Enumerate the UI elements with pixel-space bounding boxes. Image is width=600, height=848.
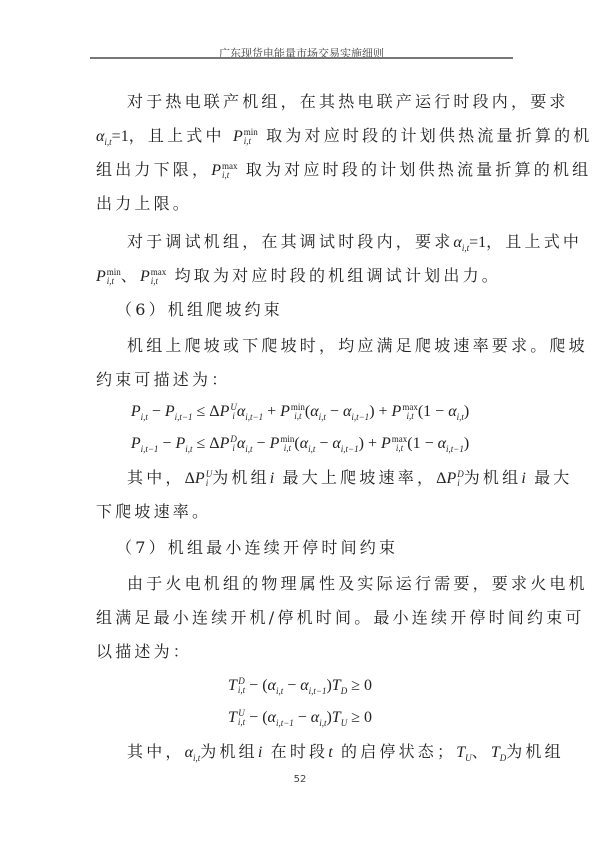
- delta-pd-symbol: ΔPDi: [436, 470, 464, 487]
- paragraph-line: 由于火电机组的物理属性及实际运行需要，要求火电机: [127, 574, 537, 594]
- delta-pu-symbol: ΔPUi: [185, 470, 213, 487]
- tu-symbol: TU: [456, 744, 471, 761]
- paragraph-line: 组满足最小连续开机/停机时间。最小连续开停时间约束可: [96, 608, 506, 628]
- p-max-symbol: Pmaxi,t: [140, 268, 166, 285]
- paragraph-line: 其中，ΔPUi为机组i 最大上爬坡速率，ΔPDi为机组i 最大: [127, 468, 537, 489]
- equation-ramp-up: Pi,t − Pi,t−1 ≤ ΔPUiαi,t−1 + Pmini,t(αi,…: [0, 402, 600, 427]
- p-min-symbol: Pmini,t: [96, 268, 121, 285]
- equation-min-down-time: TDi,t − (αi,t − αi,t−1)TD ≥ 0: [0, 676, 600, 701]
- paragraph-line: 其中，αi,t为机组i 在时段t 的启停状态；TU、TD为机组: [127, 742, 537, 768]
- p-max-symbol: Pmaxi,t: [211, 162, 237, 179]
- td-symbol: TD: [491, 744, 506, 761]
- paragraph-line: Pmini,t、Pmaxi,t 均取为对应时段的机组调试计划出力。: [96, 266, 506, 287]
- alpha-it-symbol: αi,t: [185, 744, 201, 761]
- paragraph-line: 下爬坡速率。: [96, 502, 506, 522]
- paragraph-line: 约束可描述为：: [96, 370, 506, 390]
- paragraph-line: 以描述为：: [96, 642, 506, 662]
- section-heading: （6）机组爬坡约束: [116, 300, 526, 320]
- paragraph-line: 机组上爬坡或下爬坡时，均应满足爬坡速率要求。爬坡: [127, 336, 537, 356]
- document-header: 广东现货电能量市场交易实施细则: [90, 45, 513, 61]
- header-rule: [90, 57, 513, 59]
- paragraph-line: 出力上限。: [96, 194, 506, 214]
- paragraph-line: αi,t=1，且上式中 Pmini,t 取为对应时段的计划供热流量折算的机: [96, 126, 506, 152]
- equation-min-up-time: TUi,t − (αi,t−1 − αi,t)TU ≥ 0: [0, 708, 600, 733]
- paragraph-line: 组出力下限，Pmaxi,t 取为对应时段的计划供热流量折算的机组: [96, 160, 506, 181]
- section-heading: （7）机组最小连续开停时间约束: [116, 538, 526, 558]
- paragraph-line: 对于调试机组，在其调试时段内，要求αi,t=1，且上式中: [127, 232, 537, 258]
- p-min-symbol: Pmini,t: [233, 128, 258, 145]
- paragraph-line: 对于热电联产机组，在其热电联产运行时段内，要求: [127, 92, 537, 112]
- alpha-it-symbol: αi,t: [96, 128, 112, 145]
- equation-ramp-down: Pi,t−1 − Pi,t ≤ ΔPDiαi,t − Pmini,t(αi,t …: [0, 434, 600, 459]
- page-number: 52: [0, 774, 600, 785]
- alpha-it-symbol: αi,t: [453, 234, 469, 251]
